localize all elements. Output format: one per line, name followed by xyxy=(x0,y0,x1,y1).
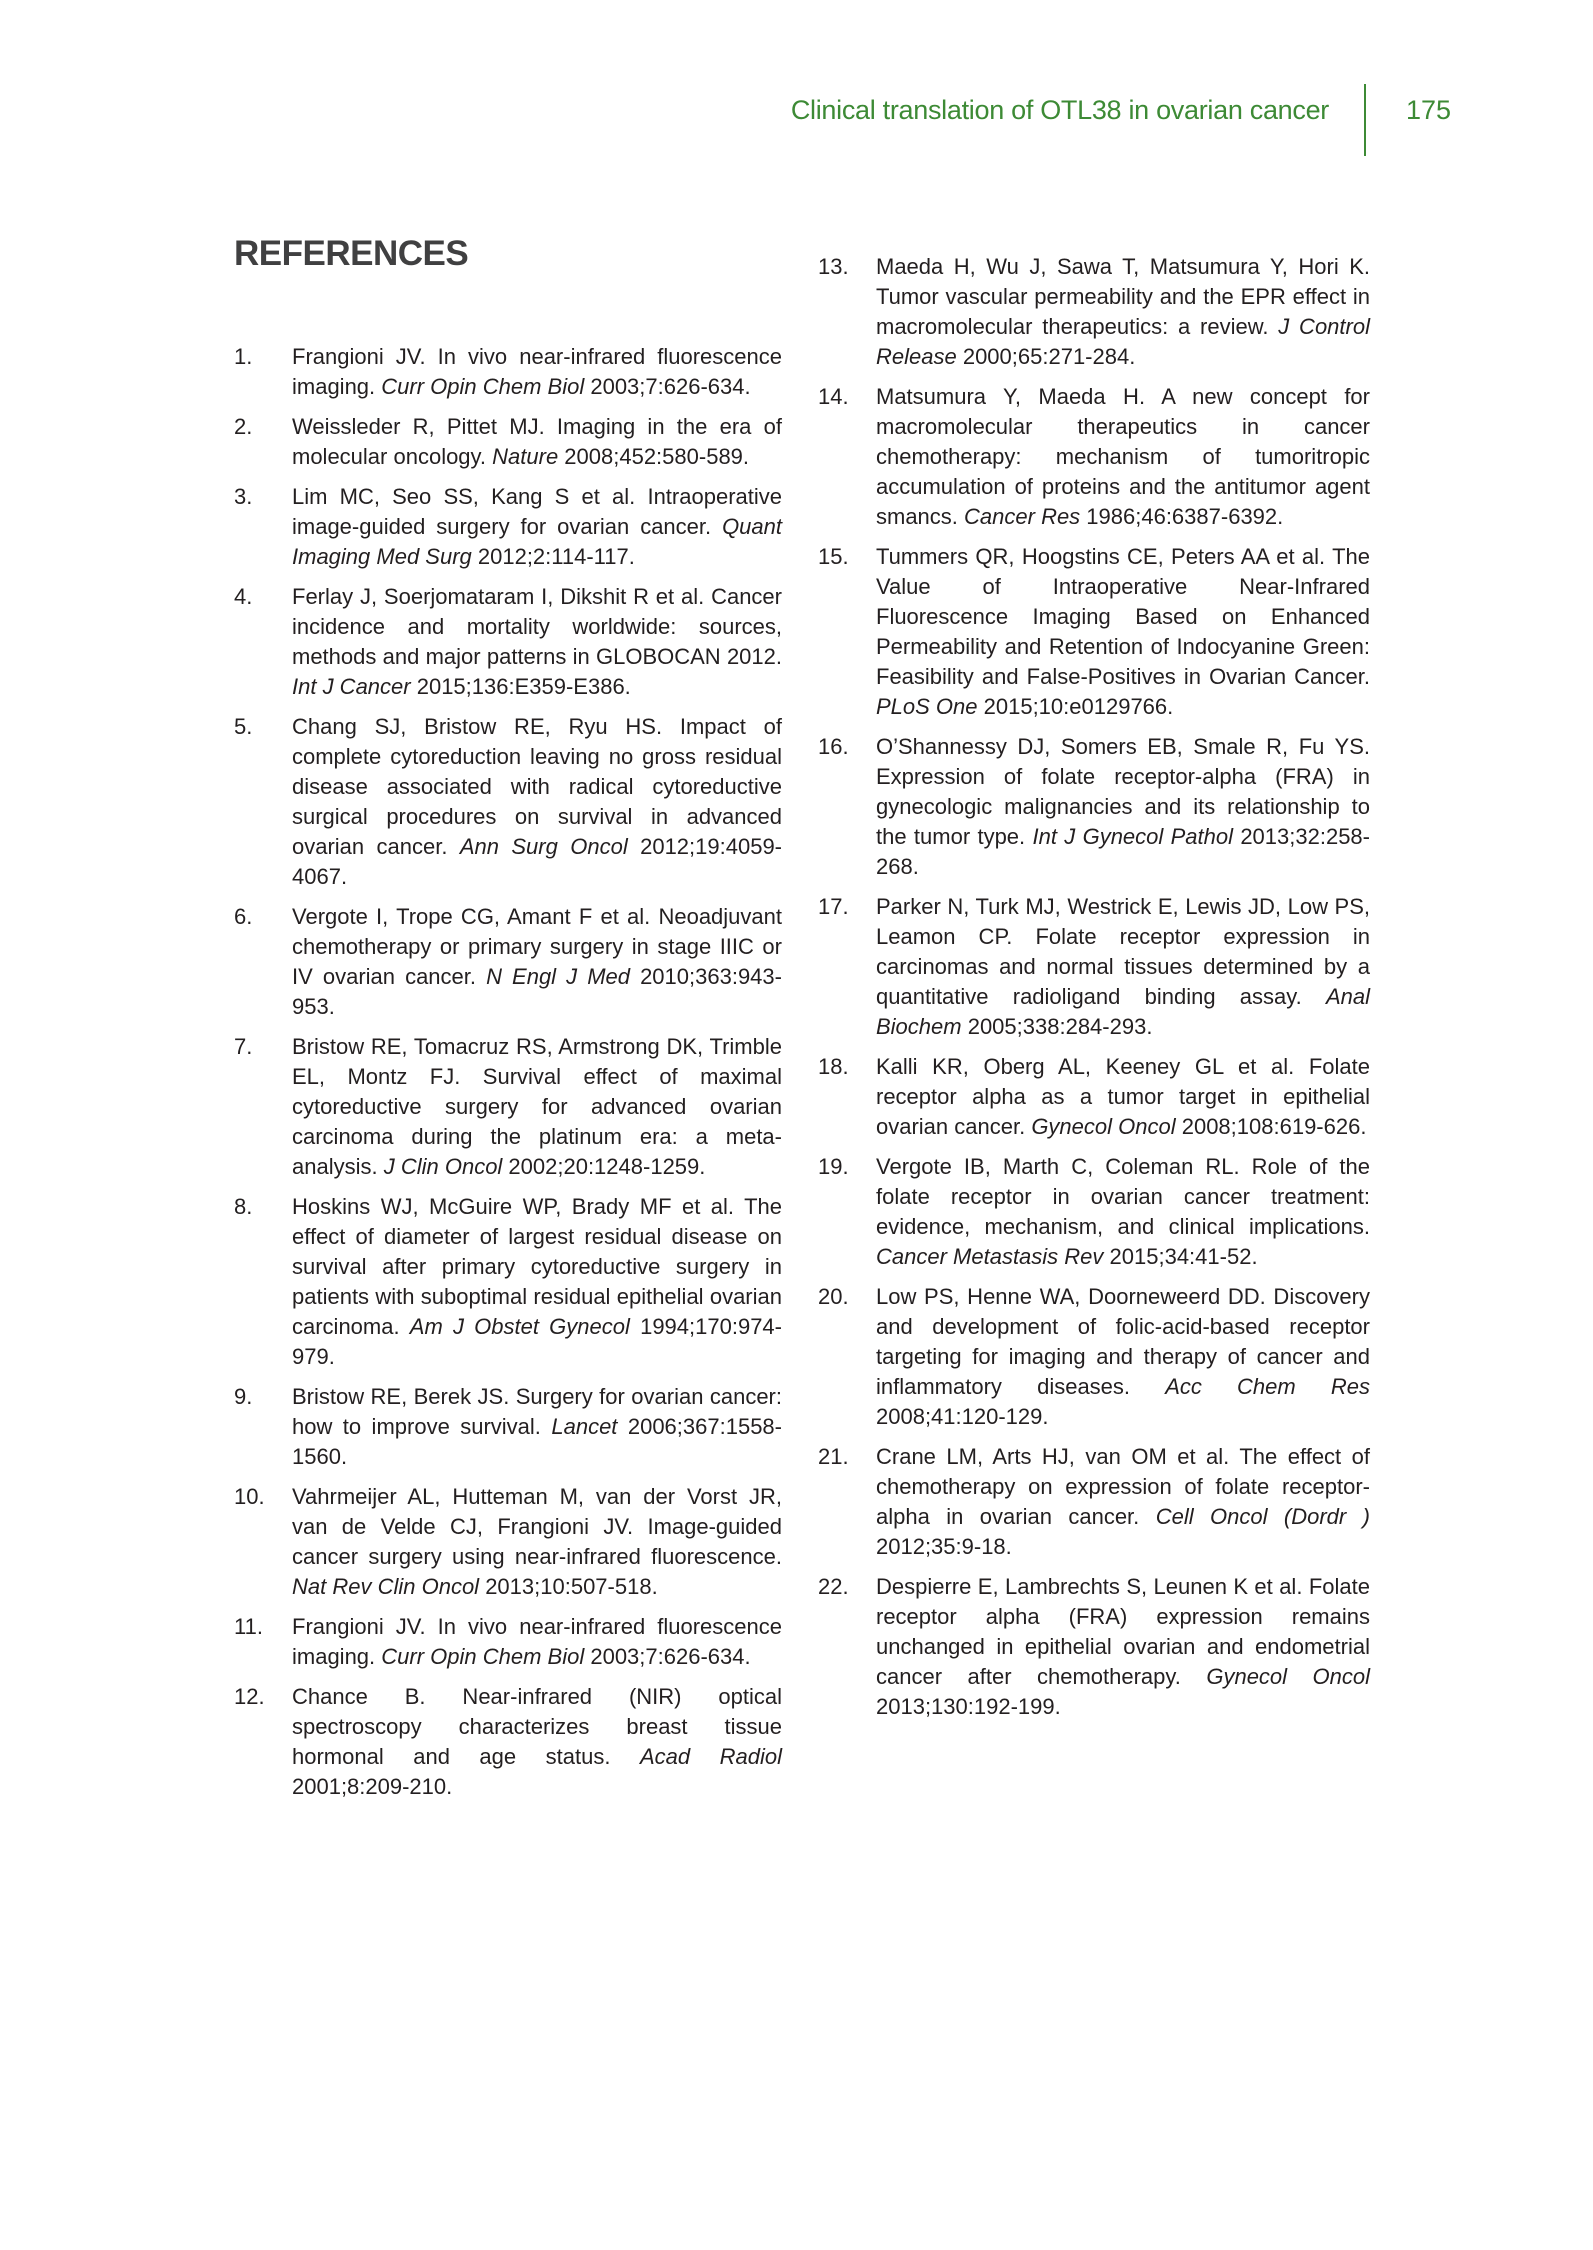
reference-volume-pages: 2001;8:209-210. xyxy=(292,1774,452,1799)
reference-volume-pages: 2000;65:271-284. xyxy=(957,344,1136,369)
reference-item: 4. Ferlay J, Soerjomataram I, Dikshit R … xyxy=(234,582,782,702)
journal-name: Am J Obstet Gynecol xyxy=(410,1314,630,1339)
journal-name: Gynecol Oncol xyxy=(1206,1664,1370,1689)
journal-name: J Clin Oncol xyxy=(384,1154,503,1179)
reference-number: 3. xyxy=(234,482,286,512)
reference-volume-pages: 2015;10:e0129766. xyxy=(978,694,1174,719)
journal-name: Int J Gynecol Pathol xyxy=(1032,824,1233,849)
reference-number: 4. xyxy=(234,582,286,612)
reference-number: 17. xyxy=(818,892,870,922)
journal-name: PLoS One xyxy=(876,694,978,719)
reference-number: 15. xyxy=(818,542,870,572)
reference-text: Maeda H, Wu J, Sawa T, Matsumura Y, Hori… xyxy=(876,252,1370,372)
reference-item: 9. Bristow RE, Berek JS. Surgery for ova… xyxy=(234,1382,782,1472)
journal-name: Gynecol Oncol xyxy=(1031,1114,1175,1139)
reference-number: 14. xyxy=(818,382,870,412)
reference-text: Bristow RE, Berek JS. Surgery for ovaria… xyxy=(292,1382,782,1472)
reference-item: 18. Kalli KR, Oberg AL, Keeney GL et al.… xyxy=(818,1052,1370,1142)
journal-name: Cancer Res xyxy=(964,504,1080,529)
reference-number: 9. xyxy=(234,1382,286,1412)
reference-volume-pages: 2013;130:192-199. xyxy=(876,1694,1061,1719)
reference-text: Vergote I, Trope CG, Amant F et al. Neoa… xyxy=(292,902,782,1022)
reference-text: Chang SJ, Bristow RE, Ryu HS. Impact of … xyxy=(292,712,782,892)
reference-item: 3. Lim MC, Seo SS, Kang S et al. Intraop… xyxy=(234,482,782,572)
reference-volume-pages: 2008;452:580-589. xyxy=(558,444,749,469)
reference-text: Crane LM, Arts HJ, van OM et al. The eff… xyxy=(876,1442,1370,1562)
reference-item: 7. Bristow RE, Tomacruz RS, Armstrong DK… xyxy=(234,1032,782,1182)
reference-item: 13. Maeda H, Wu J, Sawa T, Matsumura Y, … xyxy=(818,252,1370,372)
reference-volume-pages: 2008;41:120-129. xyxy=(876,1404,1049,1429)
reference-volume-pages: 2008;108:619-626. xyxy=(1176,1114,1367,1139)
journal-name: Acc Chem Res xyxy=(1165,1374,1370,1399)
reference-item: 20. Low PS, Henne WA, Doorneweerd DD. Di… xyxy=(818,1282,1370,1432)
reference-text: Parker N, Turk MJ, Westrick E, Lewis JD,… xyxy=(876,892,1370,1042)
header-divider xyxy=(1364,84,1366,156)
reference-volume-pages: 2012;2:114-117. xyxy=(472,544,635,569)
reference-volume-pages: 1986;46:6387-6392. xyxy=(1080,504,1283,529)
reference-item: 10. Vahrmeijer AL, Hutteman M, van der V… xyxy=(234,1482,782,1602)
reference-text: Chance B. Near-infrared (NIR) optical sp… xyxy=(292,1682,782,1802)
running-header: Clinical translation of OTL38 in ovarian… xyxy=(0,84,1593,156)
reference-number: 22. xyxy=(818,1572,870,1602)
reference-item: 11. Frangioni JV. In vivo near-infrared … xyxy=(234,1612,782,1672)
reference-volume-pages: 2015;34:41-52. xyxy=(1103,1244,1257,1269)
reference-number: 13. xyxy=(818,252,870,282)
reference-citation: Lim MC, Seo SS, Kang S et al. Intraopera… xyxy=(292,484,782,539)
reference-text: Ferlay J, Soerjomataram I, Dikshit R et … xyxy=(292,582,782,702)
journal-name: Curr Opin Chem Biol xyxy=(381,1644,584,1669)
reference-number: 1. xyxy=(234,342,286,372)
reference-volume-pages: 2005;338:284-293. xyxy=(962,1014,1153,1039)
reference-text: O’Shannessy DJ, Somers EB, Smale R, Fu Y… xyxy=(876,732,1370,882)
reference-list-left-column: 1. Frangioni JV. In vivo near-infrared f… xyxy=(234,342,782,1812)
reference-text: Low PS, Henne WA, Doorneweerd DD. Discov… xyxy=(876,1282,1370,1432)
reference-volume-pages: 2015;136:E359-E386. xyxy=(411,674,631,699)
reference-citation: Parker N, Turk MJ, Westrick E, Lewis JD,… xyxy=(876,894,1370,1009)
reference-number: 21. xyxy=(818,1442,870,1472)
reference-text: Matsumura Y, Maeda H. A new concept for … xyxy=(876,382,1370,532)
journal-name: N Engl J Med xyxy=(486,964,630,989)
reference-item: 16. O’Shannessy DJ, Somers EB, Smale R, … xyxy=(818,732,1370,882)
reference-number: 11. xyxy=(234,1612,286,1642)
reference-text: Vahrmeijer AL, Hutteman M, van der Vorst… xyxy=(292,1482,782,1602)
reference-item: 8. Hoskins WJ, McGuire WP, Brady MF et a… xyxy=(234,1192,782,1372)
reference-number: 20. xyxy=(818,1282,870,1312)
reference-text: Frangioni JV. In vivo near-infrared fluo… xyxy=(292,1612,782,1672)
journal-name: Int J Cancer xyxy=(292,674,411,699)
reference-volume-pages: 2013;10:507-518. xyxy=(479,1574,658,1599)
journal-name: Cancer Metastasis Rev xyxy=(876,1244,1103,1269)
reference-text: Vergote IB, Marth C, Coleman RL. Role of… xyxy=(876,1152,1370,1272)
reference-citation: Vahrmeijer AL, Hutteman M, van der Vorst… xyxy=(292,1484,782,1569)
reference-item: 12. Chance B. Near-infrared (NIR) optica… xyxy=(234,1682,782,1802)
reference-number: 2. xyxy=(234,412,286,442)
reference-list-right-column: 13. Maeda H, Wu J, Sawa T, Matsumura Y, … xyxy=(818,252,1370,1732)
journal-name: Ann Surg Oncol xyxy=(460,834,628,859)
reference-text: Frangioni JV. In vivo near-infrared fluo… xyxy=(292,342,782,402)
reference-text: Weissleder R, Pittet MJ. Imaging in the … xyxy=(292,412,782,472)
reference-volume-pages: 2003;7:626-634. xyxy=(584,1644,750,1669)
reference-citation: Ferlay J, Soerjomataram I, Dikshit R et … xyxy=(292,584,782,669)
reference-volume-pages: 2002;20:1248-1259. xyxy=(502,1154,705,1179)
reference-text: Hoskins WJ, McGuire WP, Brady MF et al. … xyxy=(292,1192,782,1372)
reference-citation: Vergote IB, Marth C, Coleman RL. Role of… xyxy=(876,1154,1370,1239)
running-title: Clinical translation of OTL38 in ovarian… xyxy=(791,95,1329,126)
journal-name: Cell Oncol (Dordr ) xyxy=(1156,1504,1370,1529)
reference-text: Bristow RE, Tomacruz RS, Armstrong DK, T… xyxy=(292,1032,782,1182)
reference-item: 17. Parker N, Turk MJ, Westrick E, Lewis… xyxy=(818,892,1370,1042)
reference-item: 5. Chang SJ, Bristow RE, Ryu HS. Impact … xyxy=(234,712,782,892)
reference-item: 2. Weissleder R, Pittet MJ. Imaging in t… xyxy=(234,412,782,472)
reference-number: 12. xyxy=(234,1682,286,1712)
section-heading: REFERENCES xyxy=(234,234,468,274)
reference-number: 6. xyxy=(234,902,286,932)
reference-volume-pages: 2003;7:626-634. xyxy=(584,374,750,399)
reference-item: 22. Despierre E, Lambrechts S, Leunen K … xyxy=(818,1572,1370,1722)
journal-name: Nature xyxy=(492,444,558,469)
reference-item: 15. Tummers QR, Hoogstins CE, Peters AA … xyxy=(818,542,1370,722)
reference-text: Lim MC, Seo SS, Kang S et al. Intraopera… xyxy=(292,482,782,572)
reference-volume-pages: 2012;35:9-18. xyxy=(876,1534,1012,1559)
reference-text: Kalli KR, Oberg AL, Keeney GL et al. Fol… xyxy=(876,1052,1370,1142)
reference-number: 16. xyxy=(818,732,870,762)
reference-text: Tummers QR, Hoogstins CE, Peters AA et a… xyxy=(876,542,1370,722)
reference-item: 21. Crane LM, Arts HJ, van OM et al. The… xyxy=(818,1442,1370,1562)
reference-number: 19. xyxy=(818,1152,870,1182)
journal-name: Lancet xyxy=(551,1414,617,1439)
reference-text: Despierre E, Lambrechts S, Leunen K et a… xyxy=(876,1572,1370,1722)
reference-citation: Tummers QR, Hoogstins CE, Peters AA et a… xyxy=(876,544,1370,689)
reference-item: 1. Frangioni JV. In vivo near-infrared f… xyxy=(234,342,782,402)
reference-number: 10. xyxy=(234,1482,286,1512)
reference-item: 6. Vergote I, Trope CG, Amant F et al. N… xyxy=(234,902,782,1022)
reference-item: 19. Vergote IB, Marth C, Coleman RL. Rol… xyxy=(818,1152,1370,1272)
journal-name: Curr Opin Chem Biol xyxy=(381,374,584,399)
journal-name: Nat Rev Clin Oncol xyxy=(292,1574,479,1599)
journal-name: Acad Radiol xyxy=(640,1744,782,1769)
reference-number: 8. xyxy=(234,1192,286,1222)
reference-number: 7. xyxy=(234,1032,286,1062)
reference-number: 5. xyxy=(234,712,286,742)
reference-number: 18. xyxy=(818,1052,870,1082)
page-number: 175 xyxy=(1406,95,1451,126)
reference-item: 14. Matsumura Y, Maeda H. A new concept … xyxy=(818,382,1370,532)
